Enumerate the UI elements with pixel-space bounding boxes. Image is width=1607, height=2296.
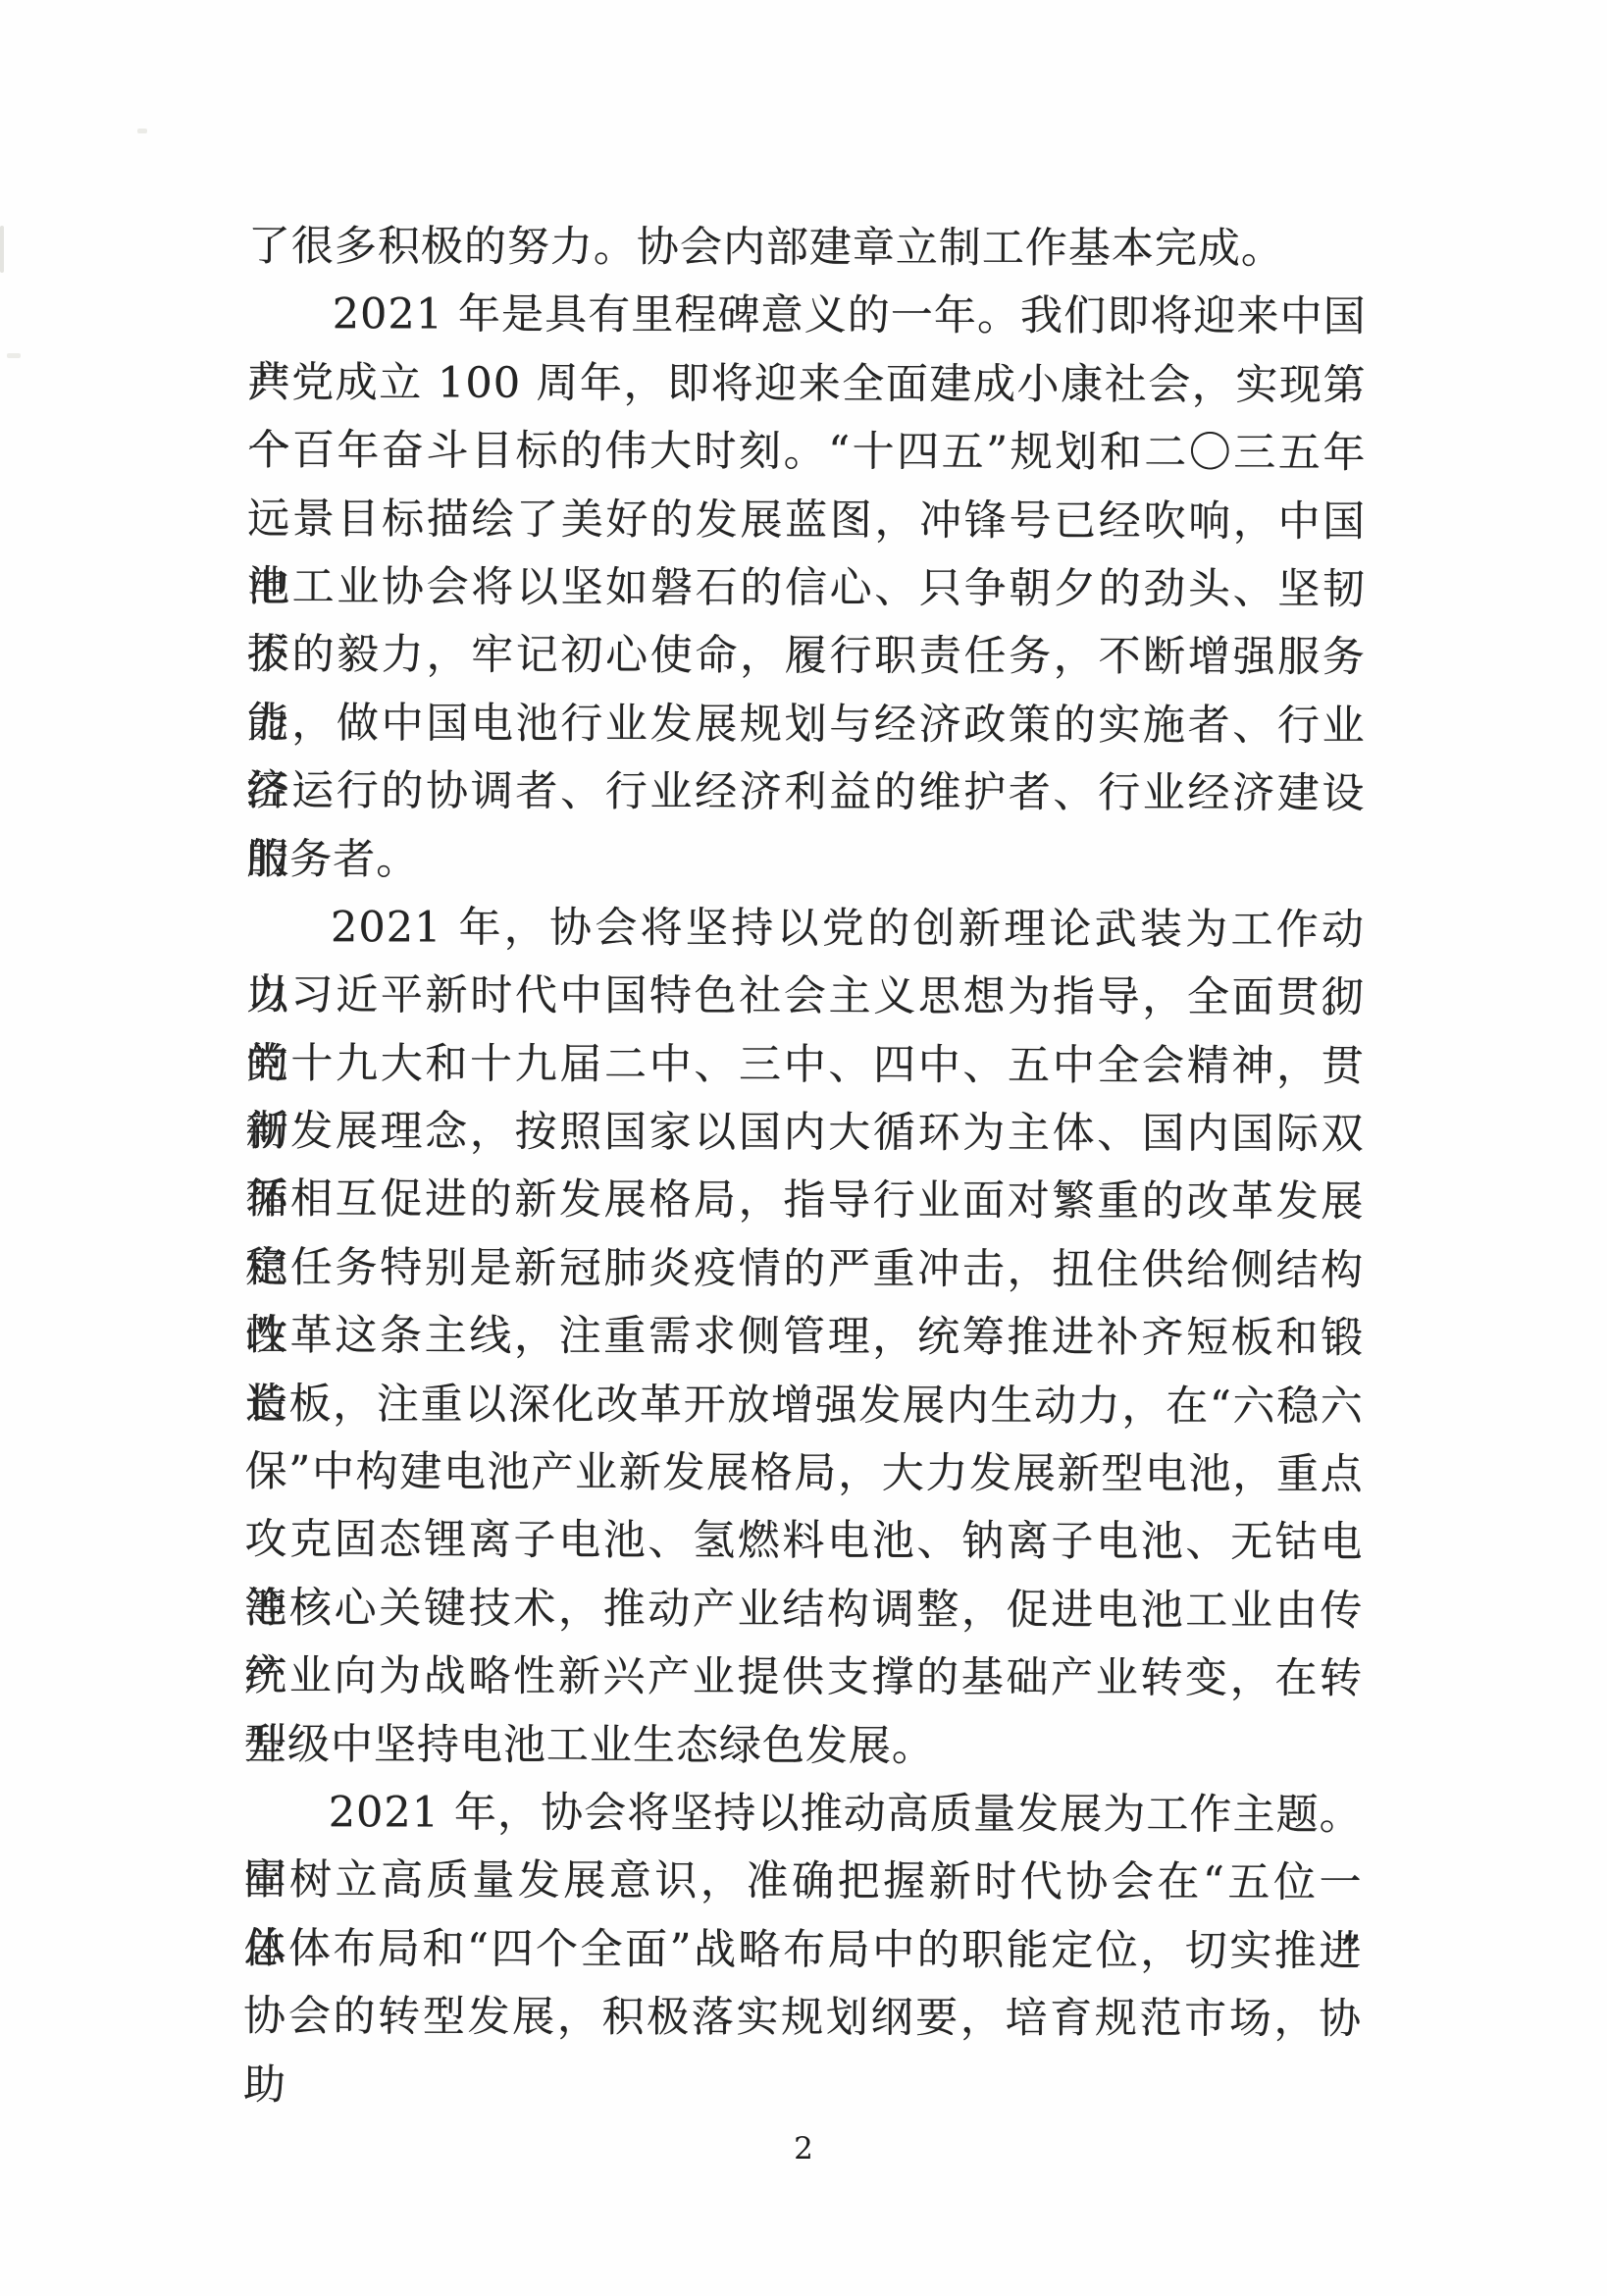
text-line: 产党成立 100 周年，即将迎来全面建成小康社会，实现第一 xyxy=(247,349,1366,420)
text-line: 个百年奋斗目标的伟大时刻。“十四五”规划和二〇三五年 xyxy=(247,417,1366,488)
scanned-document-page: 了很多积极的努力。协会内部建章立制工作基本完成。2021 年是具有里程碑意义的一… xyxy=(0,0,1607,2296)
text-line: 济运行的协调者、行业经济利益的维护者、行业经济建设的 xyxy=(246,757,1365,828)
text-line: 服务者。 xyxy=(246,826,1365,897)
text-line: 新发展理念，按照国家以国内大循环为主体、国内国际双循 xyxy=(245,1098,1364,1169)
text-line: 等核心关键技术，推动产业结构调整，促进电池工业由传统 xyxy=(244,1575,1363,1645)
text-line: 定任务特别是新冠肺炎疫情的严重冲击，扭住供给侧结构性 xyxy=(245,1234,1364,1305)
text-line: 的十九大和十九届二中、三中、四中、五中全会精神，贯彻 xyxy=(246,1030,1365,1101)
text-line: 长板，注重以深化改革开放增强发展内生动力，在“六稳六 xyxy=(245,1371,1364,1441)
scan-artifact xyxy=(0,226,4,273)
text-line: 拔的毅力，牢记初心使命，履行职责任务，不断增强服务能 xyxy=(247,621,1366,692)
text-line: 2021 年是具有里程碑意义的一年。我们即将迎来中国共 xyxy=(248,281,1367,351)
document-body-text: 了很多积极的努力。协会内部建章立制工作基本完成。2021 年是具有里程碑意义的一… xyxy=(243,213,1367,2055)
text-line: 改革这条主线，注重需求侧管理，统筹推进补齐短板和锻造 xyxy=(245,1302,1364,1373)
text-line: 2021 年，协会将坚持以推动高质量发展为工作主题。牢 xyxy=(244,1779,1363,1850)
text-line: 了很多积极的努力。协会内部建章立制工作基本完成。 xyxy=(248,213,1367,284)
text-line: 总体布局和“四个全面”战略布局中的职能定位，切实推进 xyxy=(243,1915,1362,1986)
text-line: 固树立高质量发展意识，准确把握新时代协会在“五位一体” xyxy=(243,1847,1362,1917)
scan-artifact xyxy=(7,353,21,358)
text-line: 环相互促进的新发展格局，指导行业面对繁重的改革发展稳 xyxy=(245,1166,1364,1236)
text-line: 以习近平新时代中国特色社会主义思想为指导，全面贯彻党 xyxy=(246,962,1365,1032)
text-line: 2021 年，协会将坚持以党的创新理论武装为工作动力。 xyxy=(246,894,1365,965)
scan-artifact xyxy=(137,129,147,133)
text-line: 产业向为战略性新兴产业提供支撑的基础产业转变，在转型 xyxy=(244,1643,1363,1713)
text-line: 攻克固态锂离子电池、氢燃料电池、钠离子电池、无钴电池 xyxy=(244,1506,1363,1577)
text-line: 保”中构建电池产业新发展格局，大力发展新型电池，重点 xyxy=(245,1438,1364,1509)
text-line: 力，做中国电池行业发展规划与经济政策的实施者、行业经 xyxy=(247,690,1366,760)
text-line: 远景目标描绘了美好的发展蓝图，冲锋号已经吹响，中国电 xyxy=(247,486,1366,556)
page-number: 2 xyxy=(0,2131,1607,2166)
text-line: 池工业协会将以坚如磐石的信心、只争朝夕的劲头、坚韧不 xyxy=(247,553,1366,624)
text-line: 升级中坚持电池工业生态绿色发展。 xyxy=(244,1711,1363,1782)
text-line: 协会的转型发展，积极落实规划纲要，培育规范市场，协助 xyxy=(243,1983,1362,2054)
